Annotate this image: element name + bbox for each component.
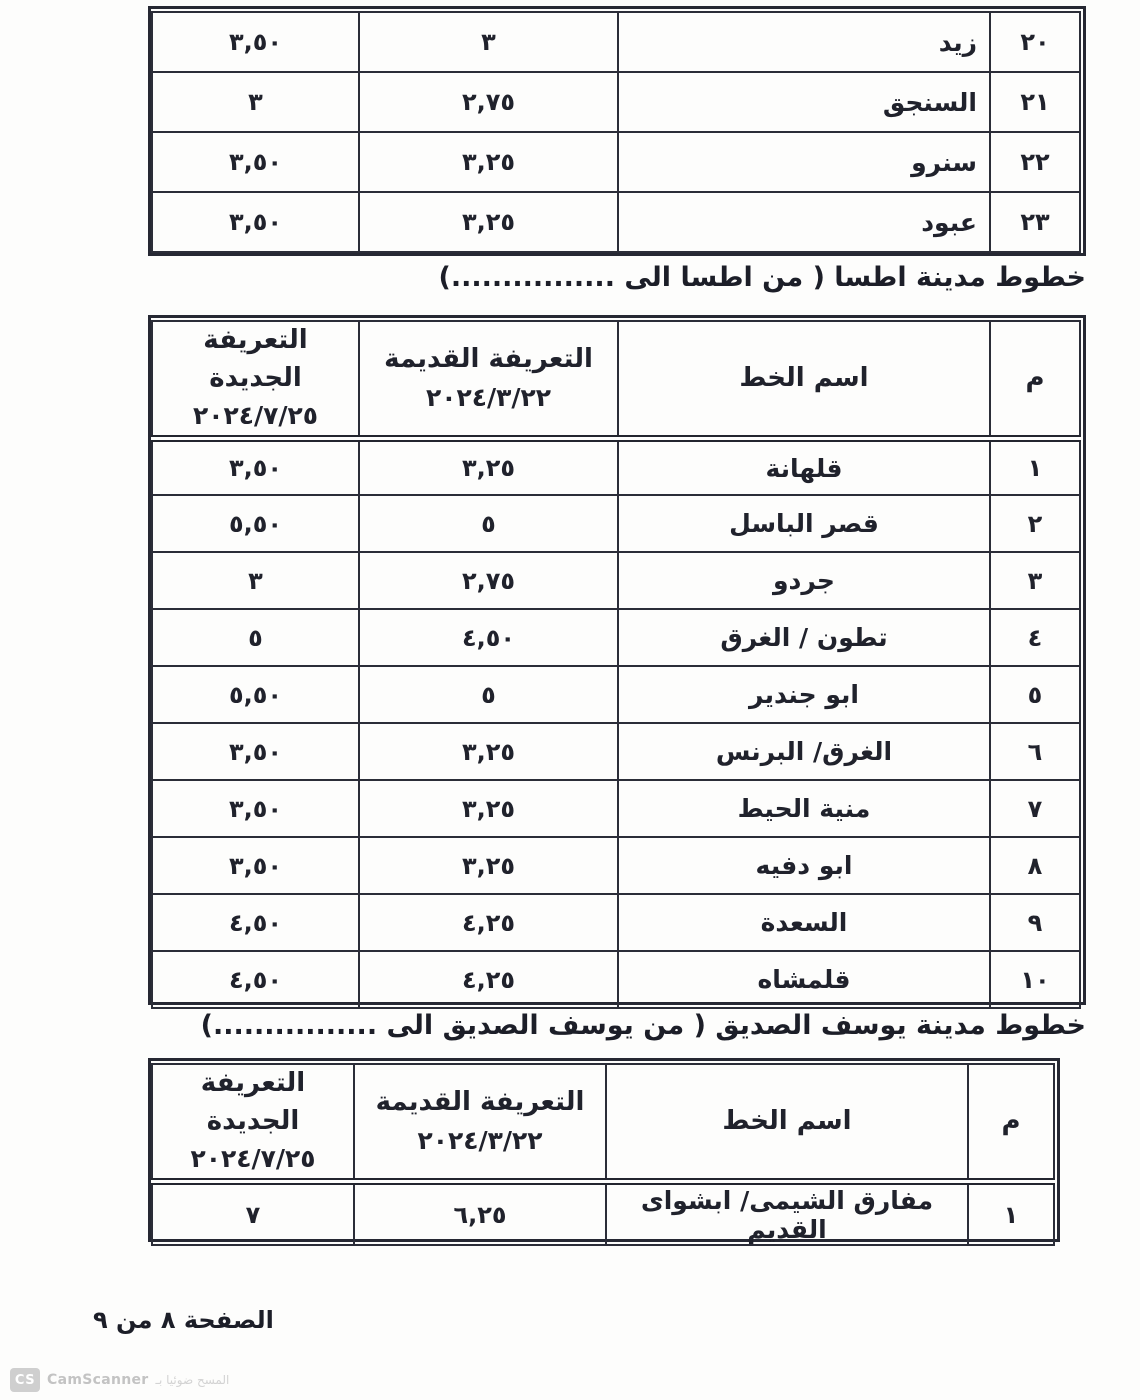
cell-line-name: جردو — [618, 552, 990, 609]
table-row: ١ قلهانة ٣,٢٥ ٣,٥٠ — [152, 438, 1080, 495]
cell-line-name: الغرق/ البرنس — [618, 723, 990, 780]
col-header-old-tariff-label: التعريفة القديمة — [360, 341, 617, 379]
table-row: ٢٣ عبود ٣,٢٥ ٣,٥٠ — [152, 192, 1080, 252]
col-header-old-tariff-date: ٢٠٢٤/٣/٢٢ — [355, 1122, 605, 1160]
cell-old-tariff: ٤,٥٠ — [359, 609, 618, 666]
table-row: ٣ جردو ٢,٧٥ ٣ — [152, 552, 1080, 609]
cell-line-no: ٥ — [990, 666, 1080, 723]
table-row: ٢٢ سنرو ٣,٢٥ ٣,٥٠ — [152, 132, 1080, 192]
cell-old-tariff: ٣,٢٥ — [359, 132, 618, 192]
cell-line-no: ٢٠ — [990, 12, 1080, 72]
col-header-new-tariff-label: التعريفة الجديدة — [153, 1065, 353, 1140]
cell-line-name: ابو دفيه — [618, 837, 990, 894]
col-header-line-name-label: اسم الخط — [607, 1103, 967, 1141]
table-row: ٤ تطون / الغرق ٤,٥٠ ٥ — [152, 609, 1080, 666]
cell-line-name: منية الحيط — [618, 780, 990, 837]
table-row: ٢ قصر الباسل ٥ ٥,٥٠ — [152, 495, 1080, 552]
cell-old-tariff: ٦,٢٥ — [354, 1181, 606, 1245]
table-row: ٧ منية الحيط ٣,٢٥ ٣,٥٠ — [152, 780, 1080, 837]
cell-line-no: ٤ — [990, 609, 1080, 666]
cell-new-tariff: ٥,٥٠ — [152, 666, 359, 723]
cell-new-tariff: ٣,٥٠ — [152, 12, 359, 72]
cell-new-tariff: ٣,٥٠ — [152, 192, 359, 252]
col-header-new-tariff-label: التعريفة الجديدة — [153, 322, 358, 397]
col-header-index-label: م — [969, 1103, 1053, 1141]
cell-new-tariff: ٥,٥٠ — [152, 495, 359, 552]
cell-old-tariff: ٣,٢٥ — [359, 192, 618, 252]
cell-line-no: ٦ — [990, 723, 1080, 780]
cell-line-name: السنجق — [618, 72, 990, 132]
cell-new-tariff: ٥ — [152, 609, 359, 666]
camscanner-logo-icon: CS — [10, 1368, 40, 1392]
col-header-index: م — [990, 321, 1080, 438]
cell-line-no: ١ — [990, 438, 1080, 495]
cell-line-name: قلمشاه — [618, 951, 990, 1008]
cell-old-tariff: ٢,٧٥ — [359, 552, 618, 609]
col-header-line-name-label: اسم الخط — [619, 360, 989, 398]
cell-new-tariff: ٣,٥٠ — [152, 438, 359, 495]
cell-new-tariff: ٤,٥٠ — [152, 951, 359, 1008]
col-header-old-tariff: التعريفة القديمة ٢٠٢٤/٣/٢٢ — [359, 321, 618, 438]
table-row: ٨ ابو دفيه ٣,٢٥ ٣,٥٠ — [152, 837, 1080, 894]
section-heading-yousef: خطوط مدينة يوسف الصديق ( من يوسف الصديق … — [201, 1010, 1086, 1041]
cell-old-tariff: ٥ — [359, 495, 618, 552]
cell-new-tariff: ٣ — [152, 552, 359, 609]
cell-old-tariff: ٢,٧٥ — [359, 72, 618, 132]
camscanner-arabic-note: المسح ضوئيا بـ — [155, 1373, 229, 1387]
tariff-table-itsa-grid: م اسم الخط التعريفة القديمة ٢٠٢٤/٣/٢٢ ال… — [151, 320, 1081, 1009]
cell-line-no: ٣ — [990, 552, 1080, 609]
tariff-table-continued: ٢٠ زيد ٣ ٣,٥٠ ٢١ السنجق ٢,٧٥ ٣ ٢٢ سنرو ٣… — [148, 6, 1086, 256]
tariff-table-yousef-grid: م اسم الخط التعريفة القديمة ٢٠٢٤/٣/٢٢ ال… — [151, 1063, 1055, 1246]
cell-new-tariff: ٣,٥٠ — [152, 837, 359, 894]
camscanner-brand-text: CamScanner — [47, 1372, 148, 1388]
table-row: ٢٠ زيد ٣ ٣,٥٠ — [152, 12, 1080, 72]
cell-old-tariff: ٣,٢٥ — [359, 837, 618, 894]
col-header-index-label: م — [991, 360, 1079, 398]
cell-line-name: تطون / الغرق — [618, 609, 990, 666]
col-header-old-tariff-date: ٢٠٢٤/٣/٢٢ — [360, 379, 617, 417]
col-header-new-tariff-date: ٢٠٢٤/٧/٢٥ — [153, 397, 358, 435]
table-row: ٦ الغرق/ البرنس ٣,٢٥ ٣,٥٠ — [152, 723, 1080, 780]
col-header-index: م — [968, 1064, 1054, 1181]
cell-line-name: ابو جندير — [618, 666, 990, 723]
cell-line-no: ٢٢ — [990, 132, 1080, 192]
col-header-new-tariff: التعريفة الجديدة ٢٠٢٤/٧/٢٥ — [152, 1064, 354, 1181]
table-row: ٩ السعدة ٤,٢٥ ٤,٥٠ — [152, 894, 1080, 951]
cell-line-no: ٢٣ — [990, 192, 1080, 252]
tariff-table-continued-grid: ٢٠ زيد ٣ ٣,٥٠ ٢١ السنجق ٢,٧٥ ٣ ٢٢ سنرو ٣… — [151, 11, 1081, 253]
scanned-document-page: { "header_labels": { "new_tariff": "التع… — [0, 0, 1140, 1400]
cell-old-tariff: ٣,٢٥ — [359, 780, 618, 837]
table-row: ١ مفارق الشيمى/ ابشواى القديم ٦,٢٥ ٧ — [152, 1181, 1054, 1245]
table-row: ٥ ابو جندير ٥ ٥,٥٠ — [152, 666, 1080, 723]
cell-line-name: زيد — [618, 12, 990, 72]
cell-line-no: ٢١ — [990, 72, 1080, 132]
tariff-table-yousef: م اسم الخط التعريفة القديمة ٢٠٢٤/٣/٢٢ ال… — [148, 1058, 1060, 1242]
cell-line-name: عبود — [618, 192, 990, 252]
col-header-old-tariff-label: التعريفة القديمة — [355, 1084, 605, 1122]
cell-new-tariff: ٣ — [152, 72, 359, 132]
cell-new-tariff: ٤,٥٠ — [152, 894, 359, 951]
page-number-footer: الصفحة ٨ من ٩ — [93, 1306, 274, 1334]
cell-new-tariff: ٣,٥٠ — [152, 132, 359, 192]
cell-line-no: ٨ — [990, 837, 1080, 894]
col-header-line-name: اسم الخط — [606, 1064, 968, 1181]
col-header-line-name: اسم الخط — [618, 321, 990, 438]
table-header-row: م اسم الخط التعريفة القديمة ٢٠٢٤/٣/٢٢ ال… — [152, 1064, 1054, 1181]
cell-line-no: ٧ — [990, 780, 1080, 837]
cell-old-tariff: ٥ — [359, 666, 618, 723]
cell-line-name: قصر الباسل — [618, 495, 990, 552]
cell-line-name: السعدة — [618, 894, 990, 951]
cell-old-tariff: ٣,٢٥ — [359, 438, 618, 495]
tariff-table-itsa: م اسم الخط التعريفة القديمة ٢٠٢٤/٣/٢٢ ال… — [148, 315, 1086, 1005]
cell-line-no: ٢ — [990, 495, 1080, 552]
cell-old-tariff: ٣,٢٥ — [359, 723, 618, 780]
section-heading-itsa: خطوط مدينة اطسا ( من اطسا الى ..........… — [439, 262, 1087, 293]
table-header-row: م اسم الخط التعريفة القديمة ٢٠٢٤/٣/٢٢ ال… — [152, 321, 1080, 438]
col-header-new-tariff-date: ٢٠٢٤/٧/٢٥ — [153, 1140, 353, 1178]
cell-new-tariff: ٣,٥٠ — [152, 780, 359, 837]
cell-old-tariff: ٤,٢٥ — [359, 894, 618, 951]
col-header-new-tariff: التعريفة الجديدة ٢٠٢٤/٧/٢٥ — [152, 321, 359, 438]
table-row: ٢١ السنجق ٢,٧٥ ٣ — [152, 72, 1080, 132]
col-header-old-tariff: التعريفة القديمة ٢٠٢٤/٣/٢٢ — [354, 1064, 606, 1181]
cell-line-name: سنرو — [618, 132, 990, 192]
cell-line-no: ١٠ — [990, 951, 1080, 1008]
cell-old-tariff: ٣ — [359, 12, 618, 72]
cell-line-name: مفارق الشيمى/ ابشواى القديم — [606, 1181, 968, 1245]
cell-line-no: ٩ — [990, 894, 1080, 951]
table-row: ١٠ قلمشاه ٤,٢٥ ٤,٥٠ — [152, 951, 1080, 1008]
cell-line-no: ١ — [968, 1181, 1054, 1245]
cell-new-tariff: ٣,٥٠ — [152, 723, 359, 780]
cell-old-tariff: ٤,٢٥ — [359, 951, 618, 1008]
cell-line-name: قلهانة — [618, 438, 990, 495]
camscanner-watermark: CS CamScanner المسح ضوئيا بـ — [10, 1368, 229, 1392]
cell-new-tariff: ٧ — [152, 1181, 354, 1245]
